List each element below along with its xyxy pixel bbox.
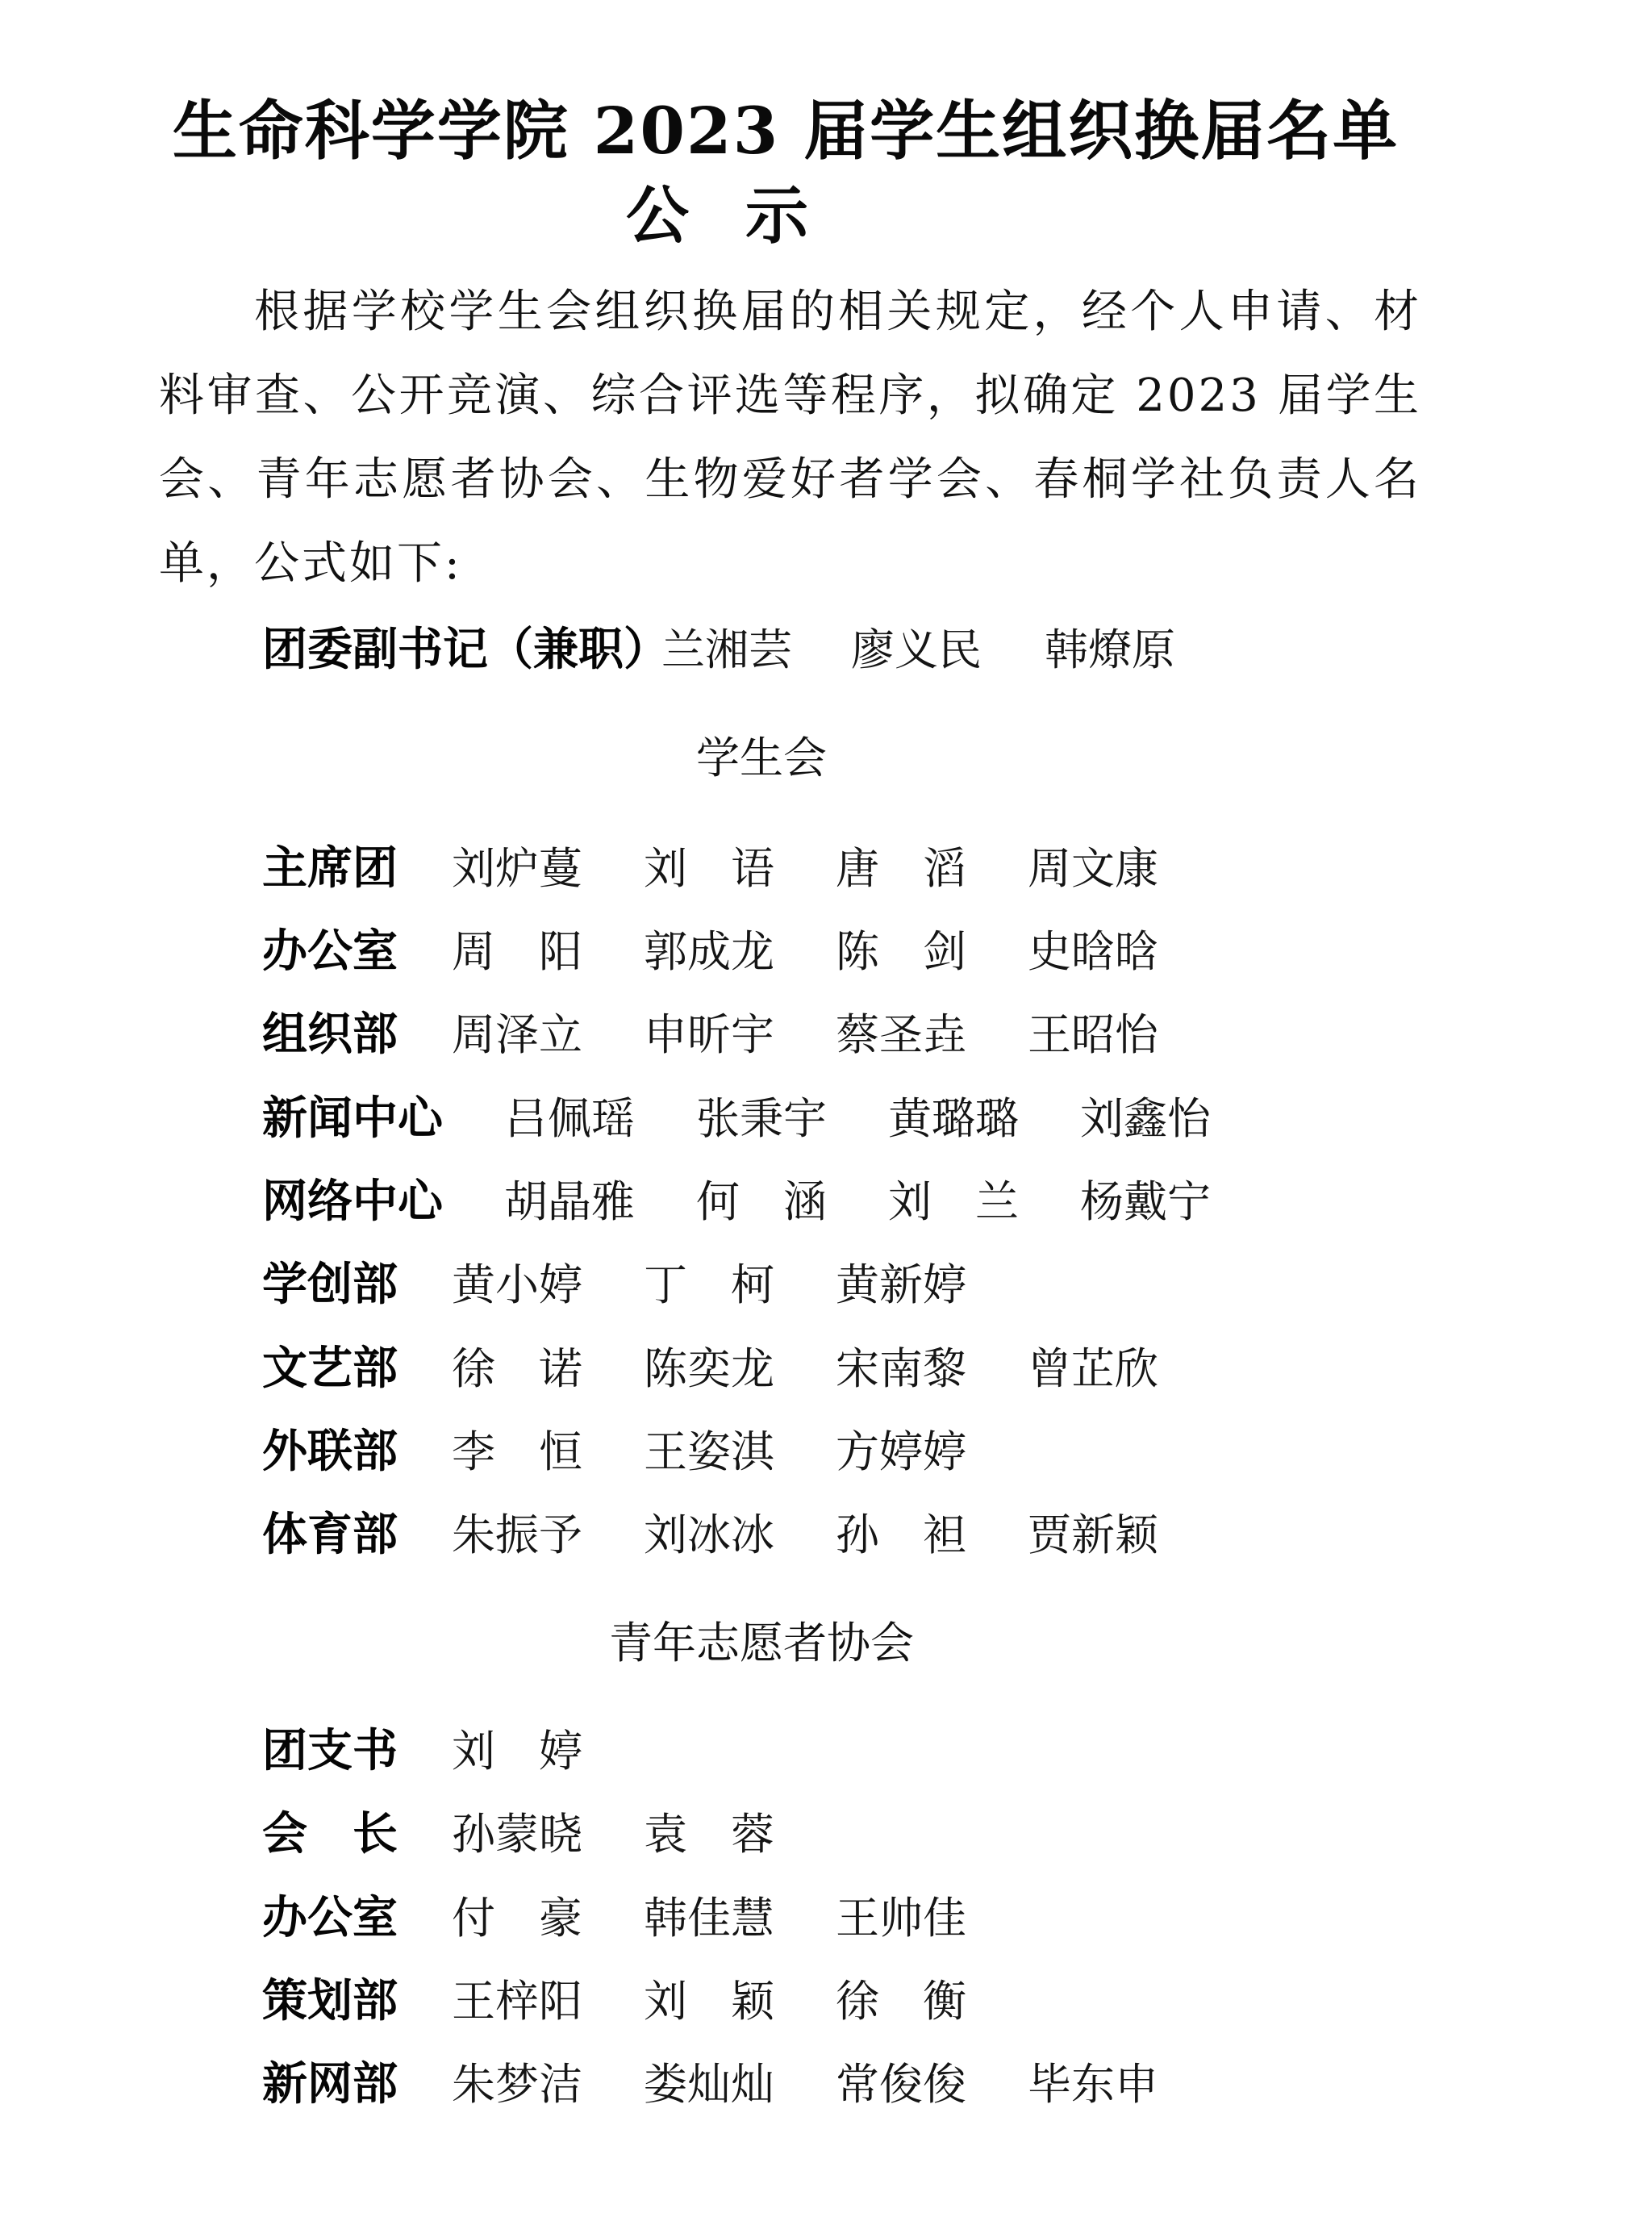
row-label: 团委副书记（兼职）: [262, 618, 669, 683]
name: 陈 剑: [836, 920, 966, 984]
name: 付 豪: [452, 1886, 582, 1951]
name: 廖义民: [851, 618, 982, 683]
name: 韩佳慧: [644, 1886, 774, 1951]
name: 方婷婷: [836, 1420, 966, 1484]
name: 兰湘芸: [661, 618, 792, 683]
row-label: 文艺部: [262, 1337, 398, 1401]
name: 黄小婷: [452, 1253, 582, 1317]
name: 何 涵: [696, 1170, 827, 1234]
name: 王昭怡: [1028, 1003, 1158, 1067]
row-label: 策划部: [262, 1969, 398, 2034]
row-label: 体育部: [262, 1503, 398, 1568]
name: 徐 衡: [836, 1969, 966, 2034]
name: 韩燎原: [1045, 618, 1175, 683]
row-label: 组织部: [262, 1003, 398, 1067]
document-title: 生命科学学院 2023 届学生组织换届名单: [0, 90, 1612, 171]
row-label: 外联部: [262, 1420, 398, 1484]
name: 刘 婷: [452, 1719, 582, 1784]
name: 袁 蓉: [644, 1802, 774, 1867]
document-subtitle: 公示: [0, 177, 1571, 255]
name: 刘鑫怡: [1080, 1087, 1211, 1151]
name: 史晗晗: [1028, 920, 1158, 984]
name: 刘冰冰: [644, 1503, 774, 1568]
name: 郭成龙: [644, 920, 774, 984]
name: 朱振予: [452, 1503, 582, 1568]
name: 毕东申: [1028, 2052, 1158, 2117]
section-heading-volunteer-association: 青年志愿者协会: [0, 1615, 1587, 1672]
name: 刘 语: [644, 837, 774, 901]
name: 周泽立: [452, 1003, 582, 1067]
intro-paragraph: 根据学校学生会组织换届的相关规定，经个人申请、材料审查、公开竞演、综合评选等程序…: [159, 270, 1421, 606]
name: 丁 柯: [644, 1253, 774, 1317]
name: 徐 诺: [452, 1337, 582, 1401]
name: 曾芷欣: [1028, 1337, 1158, 1401]
row-label: 新网部: [262, 2052, 398, 2117]
name: 蔡圣垚: [836, 1003, 966, 1067]
name: 宋南黎: [836, 1337, 966, 1401]
row-label: 主席团: [262, 837, 398, 901]
name: 孙蒙晓: [452, 1802, 582, 1867]
row-label: 会 长: [262, 1802, 398, 1867]
row-label: 办公室: [262, 1886, 398, 1951]
row-label: 办公室: [262, 920, 398, 984]
name: 唐 滔: [836, 837, 966, 901]
name: 贾新颖: [1028, 1503, 1158, 1568]
name: 黄璐璐: [888, 1087, 1019, 1151]
name: 胡晶雅: [504, 1170, 635, 1234]
name: 刘 兰: [888, 1170, 1019, 1234]
name: 常俊俊: [836, 2052, 966, 2117]
name: 张秉宇: [696, 1087, 827, 1151]
name: 陈奕龙: [644, 1337, 774, 1401]
name: 周文康: [1028, 837, 1158, 901]
name: 孙 袒: [836, 1503, 966, 1568]
name: 吕佩瑶: [504, 1087, 635, 1151]
row-label: 学创部: [262, 1253, 398, 1317]
name: 王姿淇: [644, 1420, 774, 1484]
name: 周 阳: [452, 920, 582, 984]
name: 朱梦洁: [452, 2052, 582, 2117]
name: 杨戴宁: [1080, 1170, 1211, 1234]
name: 申昕宇: [644, 1003, 774, 1067]
section-heading-student-union: 学生会: [0, 730, 1587, 787]
name: 娄灿灿: [644, 2052, 774, 2117]
name: 黄新婷: [836, 1253, 966, 1317]
name: 刘炉蔓: [452, 837, 582, 901]
row-label: 网络中心: [262, 1170, 443, 1234]
name: 王梓阳: [452, 1969, 582, 2034]
name: 李 恒: [452, 1420, 582, 1484]
row-label: 新闻中心: [262, 1087, 443, 1151]
name: 王帅佳: [836, 1886, 966, 1951]
row-label: 团支书: [262, 1719, 398, 1784]
name: 刘 颖: [644, 1969, 774, 2034]
